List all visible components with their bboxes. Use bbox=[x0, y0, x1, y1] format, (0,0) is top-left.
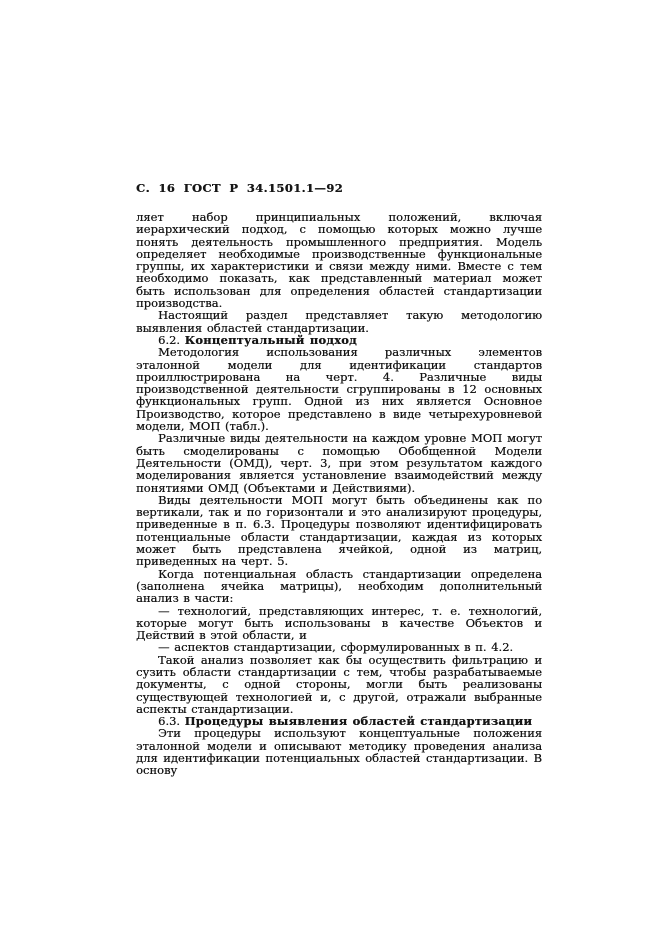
paragraph: Различные виды деятельности на каждом ур… bbox=[136, 432, 542, 493]
list-item-dash: — аспектов стандартизации, сформулирован… bbox=[136, 641, 542, 653]
paragraph: Методология использования различных элем… bbox=[136, 346, 542, 432]
paragraph: Настоящий раздел представляет такую мето… bbox=[136, 309, 542, 334]
paragraph: Такой анализ позволяет как бы осуществит… bbox=[136, 654, 542, 715]
paragraph-continuation: ляет набор принципиальных положений, вкл… bbox=[136, 211, 542, 309]
text-column: С. 16 ГОСТ Р 34.1501.1—92 ляет набор при… bbox=[136, 182, 542, 777]
paragraph: Когда потенциальная область стандартизац… bbox=[136, 568, 542, 605]
paragraph: Виды деятельности МОП могут быть объедин… bbox=[136, 494, 542, 568]
body-text: ляет набор принципиальных положений, вкл… bbox=[136, 211, 542, 777]
document-page: С. 16 ГОСТ Р 34.1501.1—92 ляет набор при… bbox=[0, 0, 661, 935]
paragraph: Эти процедуры используют концептуальные … bbox=[136, 727, 542, 776]
list-item-dash: — технологий, представляющих интерес, т.… bbox=[136, 605, 542, 642]
running-header: С. 16 ГОСТ Р 34.1501.1—92 bbox=[136, 182, 542, 194]
